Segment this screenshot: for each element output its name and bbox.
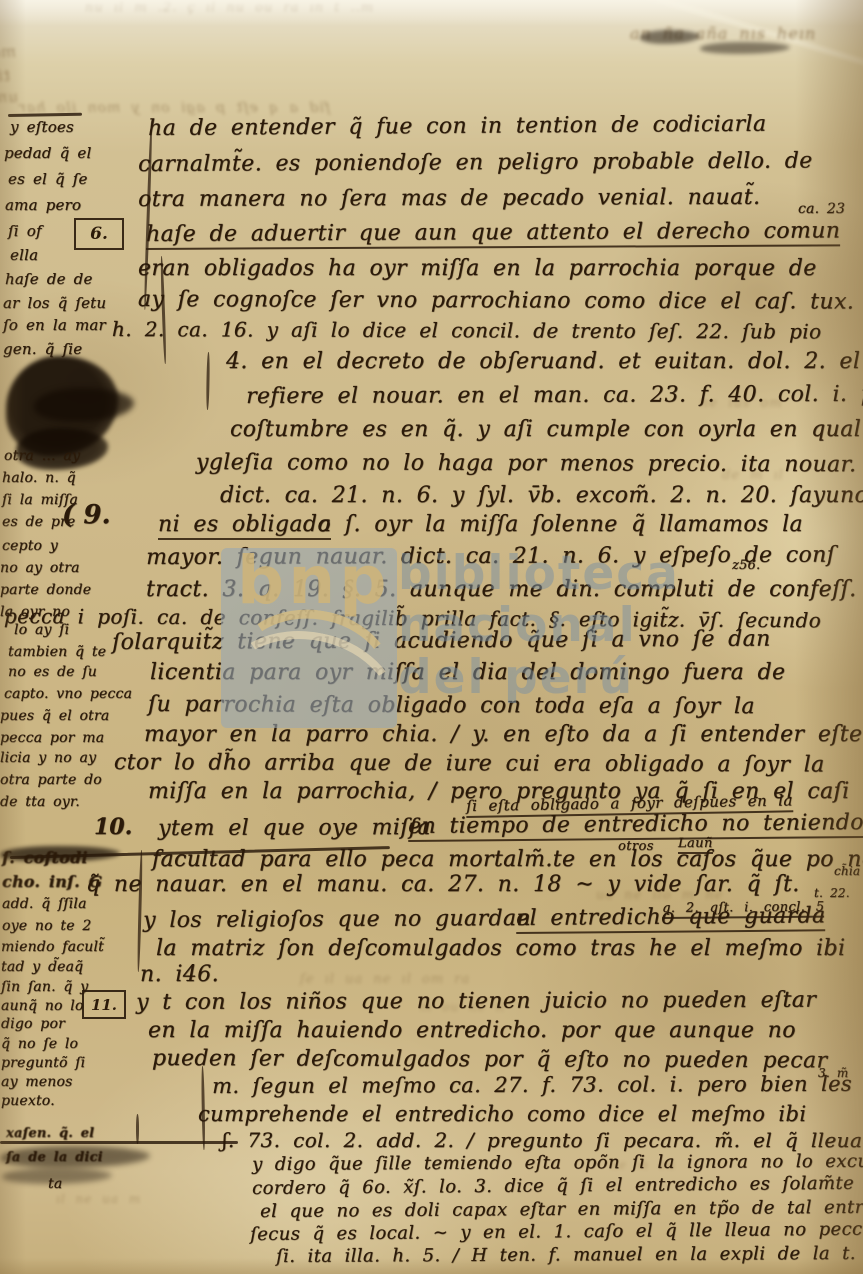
- manuscript-line: h. 2. ca. 16. y aſi lo dice el concil. d…: [112, 317, 822, 343]
- manuscript-line: dict. ca. 21. n. 6. y ſyl. v̄b. excom̃. …: [220, 483, 863, 508]
- manuscript-line: m. ſegun el meſmo ca. 27. f. 73. col. i.…: [212, 1072, 852, 1098]
- manuscript-line: el entredicho que guarda: [516, 903, 826, 934]
- manuscript-line: carnalmt̃e. es poniendoſe en peligro pro…: [138, 148, 813, 177]
- manuscript-line: licentia para oyr miſſa el dia del domin…: [150, 660, 785, 685]
- manuscript-line: q̃ ne nauar. en el manu. ca. 27. n. 18 ~…: [86, 872, 800, 897]
- paper-top-edge: [0, 0, 863, 26]
- manuscript-line: ni es obligado: [158, 512, 331, 540]
- manuscript-line: mayor en la parro chia. / y. en eſto da …: [144, 722, 863, 747]
- manuscript-line: a ſ. oyr la miſſa ſolenne q̃ llamamos la: [318, 512, 803, 537]
- manuscript-line: ay ſe cognoſce ſer vno parrochiano como …: [138, 287, 854, 314]
- manuscript-line: facultad para ello peca mortalm̃.te en l…: [152, 847, 863, 872]
- paper-right-edge: [795, 0, 863, 1274]
- manuscript-line: mayor. ſegun nauar. dict. ca. 21. n. 6. …: [146, 543, 835, 570]
- manuscript-line: ygleſia como no lo haga por menos precio…: [196, 450, 857, 477]
- manuscript-line: haſe de aduertir que aun que attento el …: [146, 218, 840, 250]
- manuscript-line: pueden ſer deſcomulgados por q̃ eſto no …: [152, 1046, 828, 1073]
- manuscript-line: en la miſſa hauiendo entredicho. por que…: [148, 1018, 796, 1043]
- manuscript-line: el que no es doli capax eſtar en miſſa e…: [260, 1196, 863, 1222]
- manuscript-line: ytem el que oye miſſa: [158, 815, 431, 841]
- manuscript-line: la matriz ſon deſcomulgados como tras he…: [156, 936, 845, 961]
- manuscript-line: ſolarquit̃z tiene que ſi acudiendo q̃ue …: [112, 627, 771, 655]
- manuscript-line: ʃ. 73. col. 2. add. 2. / pregunto ſi pec…: [222, 1128, 863, 1152]
- paper-bottom-edge: [0, 1258, 863, 1274]
- manuscript-line: cumprehende el entredicho como dice el m…: [198, 1102, 806, 1126]
- manuscript-line: 4. en el decreto de obſeruand. et euitan…: [226, 349, 863, 374]
- manuscript-line: ctor lo dh̃o arriba que de iure cui era …: [114, 750, 825, 777]
- manuscript-line: n. i46.: [140, 962, 219, 987]
- manuscript-line: otros: [618, 839, 654, 854]
- manuscript-page: nu ıl m .2. ç ıl nu ou ra ın t ..man ña …: [0, 0, 863, 1274]
- manuscript-line: ſu parrochia eſta obligado con toda eſa …: [148, 692, 755, 719]
- manuscript-line: tract. 3. q. 19. §. 5. aunque me din. co…: [146, 577, 857, 602]
- manuscript-line: cordero q̃ 6o. x̃ſ. lo. 3. dice q̃ ſi el…: [252, 1171, 863, 1199]
- paper-left-edge: [0, 0, 26, 1274]
- manuscript-line: refiere el nouar. en el man. ca. 23. f. …: [246, 382, 863, 409]
- handwriting-layer: ha de entender q̃ fue con in tention de …: [0, 0, 863, 1274]
- manuscript-line: coſtumbre es en q̃. y aſi cumple con oyr…: [230, 417, 863, 442]
- manuscript-line: y los religioſos que no guardan: [143, 906, 531, 933]
- manuscript-line: Lauñ: [678, 836, 713, 854]
- manuscript-line: ha de entender q̃ fue con in tention de …: [148, 112, 767, 141]
- manuscript-line: y digo q̃ue ſille temiendo eſta opõn ſi …: [252, 1151, 863, 1175]
- manuscript-line: eran obligados ha oyr miſſa en la parroc…: [138, 256, 817, 281]
- manuscript-line: y t con los niños que no tienen juicio n…: [136, 988, 816, 1015]
- manuscript-line: otra manera no ſera mas de pecado venial…: [138, 185, 760, 212]
